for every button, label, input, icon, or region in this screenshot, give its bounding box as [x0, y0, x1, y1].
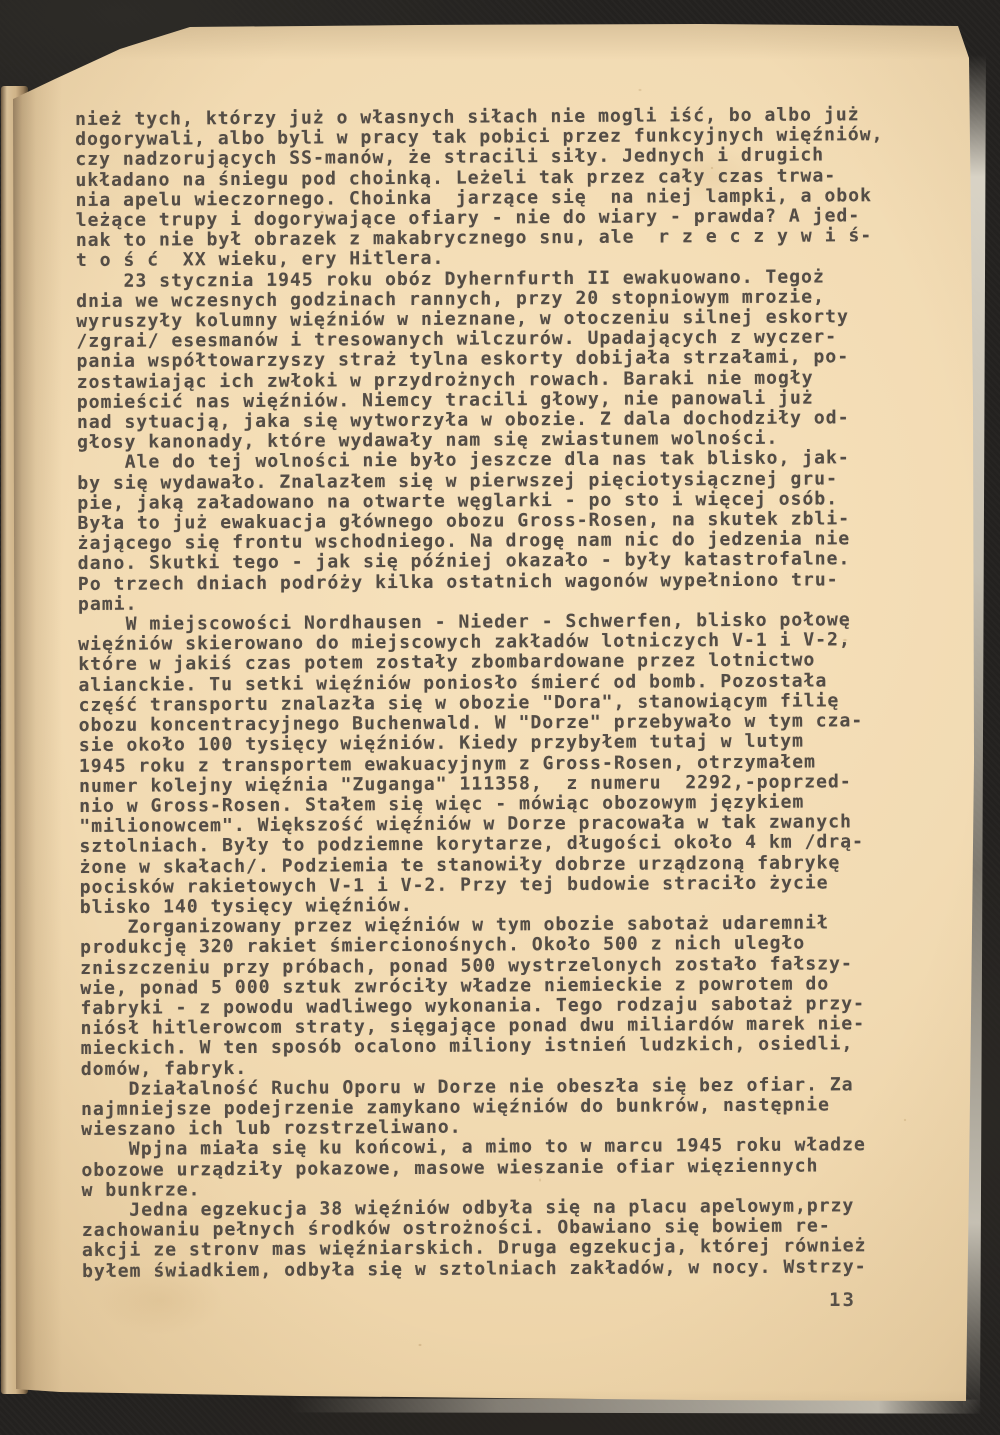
paragraph-5: Zorganizowany przez więźniów w tym obozi… [80, 913, 926, 1080]
paragraph-6: Działalność Ruchu Oporu w Dorze nie obes… [81, 1075, 926, 1141]
paragraph-3: Ale do tej wolności nie było jeszcze dla… [77, 448, 923, 615]
paragraph-7: Wpjna miała się ku końcowi, a mimo to w … [81, 1135, 926, 1201]
paragraph-4: W miejscowości Nordhausen - Nieder - Sch… [78, 610, 925, 918]
page-number: 13 [829, 1289, 856, 1311]
book-page: nież tych, którzy już o własnych siłach … [0, 0, 1000, 1435]
paragraph-1: nież tych, którzy już o własnych siłach … [75, 105, 921, 272]
underlying-page-edge-bottom [290, 1398, 982, 1413]
page-text: nież tych, którzy już o własnych siłach … [75, 105, 927, 1282]
book-scan: nież tych, którzy już o własnych siłach … [0, 0, 1000, 1435]
paragraph-8: Jedna egzekucja 38 więźniów odbyła się n… [82, 1196, 927, 1282]
paragraph-2: 23 stycznia 1945 roku obóz Dyhernfurth I… [76, 266, 922, 453]
